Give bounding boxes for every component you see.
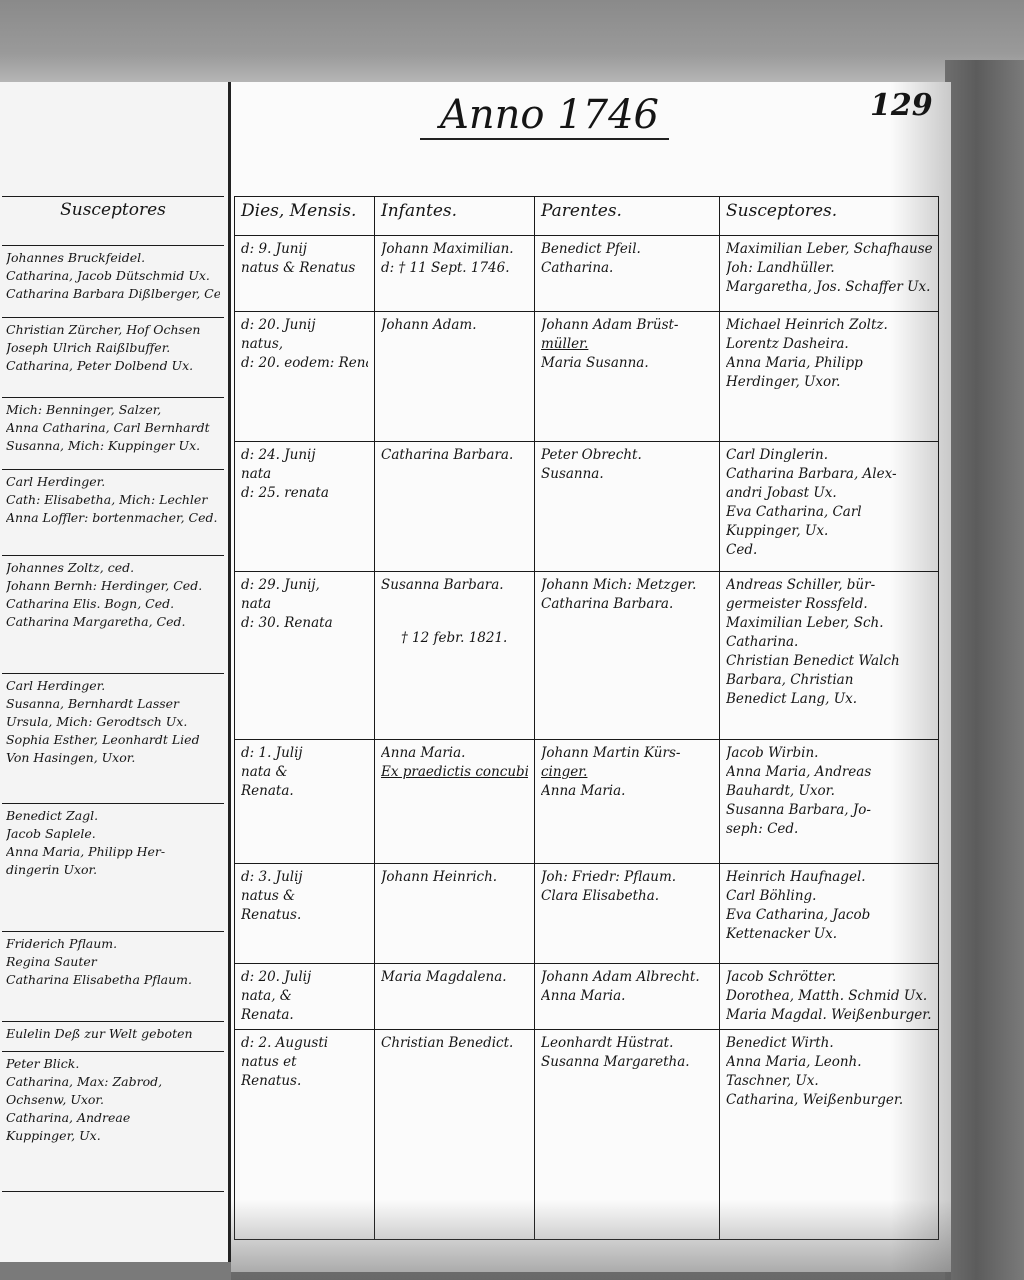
date-cell: d: 20. Junij natus, d: 20. eodem: Renatu… bbox=[235, 312, 375, 442]
left-column-header: Susceptores bbox=[2, 197, 224, 246]
parents-cell: Joh: Friedr: Pflaum. Clara Elisabetha. bbox=[535, 864, 720, 964]
register-row: d: 20. Julij nata, & Renata. Maria Magda… bbox=[235, 964, 939, 1030]
infant-cell: Johann Maximilian. d: † 11 Sept. 1746. bbox=[375, 236, 535, 312]
infant-cell: Johann Heinrich. bbox=[375, 864, 535, 964]
left-entry: Benedict Zagl. Jacob Saplele. Anna Maria… bbox=[2, 804, 224, 932]
date-cell: d: 20. Julij nata, & Renata. bbox=[235, 964, 375, 1030]
left-entry: Johannes Bruckfeidel. Catharina, Jacob D… bbox=[2, 246, 224, 318]
baptism-register-table: Dies, Mensis. Infantes. Parentes. Suscep… bbox=[234, 196, 939, 1240]
header-parents: Parentes. bbox=[535, 197, 720, 236]
infant-cell: Susanna Barbara. † 12 febr. 1821. bbox=[375, 572, 535, 740]
year-heading: Anno 1746 bbox=[420, 92, 669, 140]
book-spine-shadow bbox=[945, 60, 1024, 1280]
register-row: d: 29. Junij, nata d: 30. Renata Susanna… bbox=[235, 572, 939, 740]
date-cell: d: 3. Julij natus & Renatus. bbox=[235, 864, 375, 964]
left-entry: Mich: Benninger, Salzer, Anna Catharina,… bbox=[2, 398, 224, 470]
parents-cell: Johann Adam Albrecht. Anna Maria. bbox=[535, 964, 720, 1030]
header-date: Dies, Mensis. bbox=[235, 197, 375, 236]
left-entry: Carl Herdinger. Cath: Elisabetha, Mich: … bbox=[2, 470, 224, 556]
infant-cell: Anna Maria. Ex praedictis concubitu. bbox=[375, 740, 535, 864]
sponsors-cell: Michael Heinrich Zoltz. Lorentz Dasheira… bbox=[720, 312, 939, 442]
left-entry: Peter Blick. Catharina, Max: Zabrod, Och… bbox=[2, 1052, 224, 1192]
infant-cell: Maria Magdalena. bbox=[375, 964, 535, 1030]
date-cell: d: 1. Julij nata & Renata. bbox=[235, 740, 375, 864]
parents-cell: Johann Mich: Metzger. Catharina Barbara. bbox=[535, 572, 720, 740]
left-entry: Carl Herdinger. Susanna, Bernhardt Lasse… bbox=[2, 674, 224, 804]
date-cell: d: 24. Junij nata d: 25. renata bbox=[235, 442, 375, 572]
parents-cell: Peter Obrecht. Susanna. bbox=[535, 442, 720, 572]
register-row: d: 3. Julij natus & Renatus. Johann Hein… bbox=[235, 864, 939, 964]
register-row: d: 1. Julij nata & Renata. Anna Maria. E… bbox=[235, 740, 939, 864]
sponsors-cell: Andreas Schiller, bür- germeister Rossfe… bbox=[720, 572, 939, 740]
scan-background-top bbox=[0, 0, 1024, 90]
header-sponsors: Susceptores. bbox=[720, 197, 939, 236]
parents-cell: Johann Martin Kürs- cinger. Anna Maria. bbox=[535, 740, 720, 864]
left-entry: Eulelin Deß zur Welt geboten bbox=[2, 1022, 224, 1052]
infant-cell: Johann Adam. bbox=[375, 312, 535, 442]
register-row: d: 20. Junij natus, d: 20. eodem: Renatu… bbox=[235, 312, 939, 442]
header-infants: Infantes. bbox=[375, 197, 535, 236]
page-bottom-shadow bbox=[231, 1200, 951, 1280]
left-entry: Johannes Zoltz, ced. Johann Bernh: Herdi… bbox=[2, 556, 224, 674]
left-entry: Friderich Pflaum. Regina Sauter Catharin… bbox=[2, 932, 224, 1022]
sponsors-cell: Jacob Wirbin. Anna Maria, Andreas Bauhar… bbox=[720, 740, 939, 864]
sponsors-cell: Carl Dinglerin. Catharina Barbara, Alex-… bbox=[720, 442, 939, 572]
left-page-susceptores-column: Susceptores Johannes Bruckfeidel. Cathar… bbox=[2, 196, 224, 1192]
left-entry: Christian Zürcher, Hof Ochsen Joseph Ulr… bbox=[2, 318, 224, 398]
date-cell: d: 9. Junij natus & Renatus bbox=[235, 236, 375, 312]
sponsors-cell: Jacob Schrötter. Dorothea, Matth. Schmid… bbox=[720, 964, 939, 1030]
date-cell: d: 29. Junij, nata d: 30. Renata bbox=[235, 572, 375, 740]
register-row: d: 24. Junij nata d: 25. renata Catharin… bbox=[235, 442, 939, 572]
register-row: d: 9. Junij natus & Renatus Johann Maxim… bbox=[235, 236, 939, 312]
folio-number: 129 bbox=[870, 88, 933, 123]
parents-cell: Benedict Pfeil. Catharina. bbox=[535, 236, 720, 312]
sponsors-cell: Heinrich Haufnagel. Carl Böhling. Eva Ca… bbox=[720, 864, 939, 964]
parents-cell: Johann Adam Brüst- müller. Maria Susanna… bbox=[535, 312, 720, 442]
register-header-row: Dies, Mensis. Infantes. Parentes. Suscep… bbox=[235, 197, 939, 236]
sponsors-cell: Maximilian Leber, Schafhauser Joh: Landh… bbox=[720, 236, 939, 312]
infant-cell: Catharina Barbara. bbox=[375, 442, 535, 572]
